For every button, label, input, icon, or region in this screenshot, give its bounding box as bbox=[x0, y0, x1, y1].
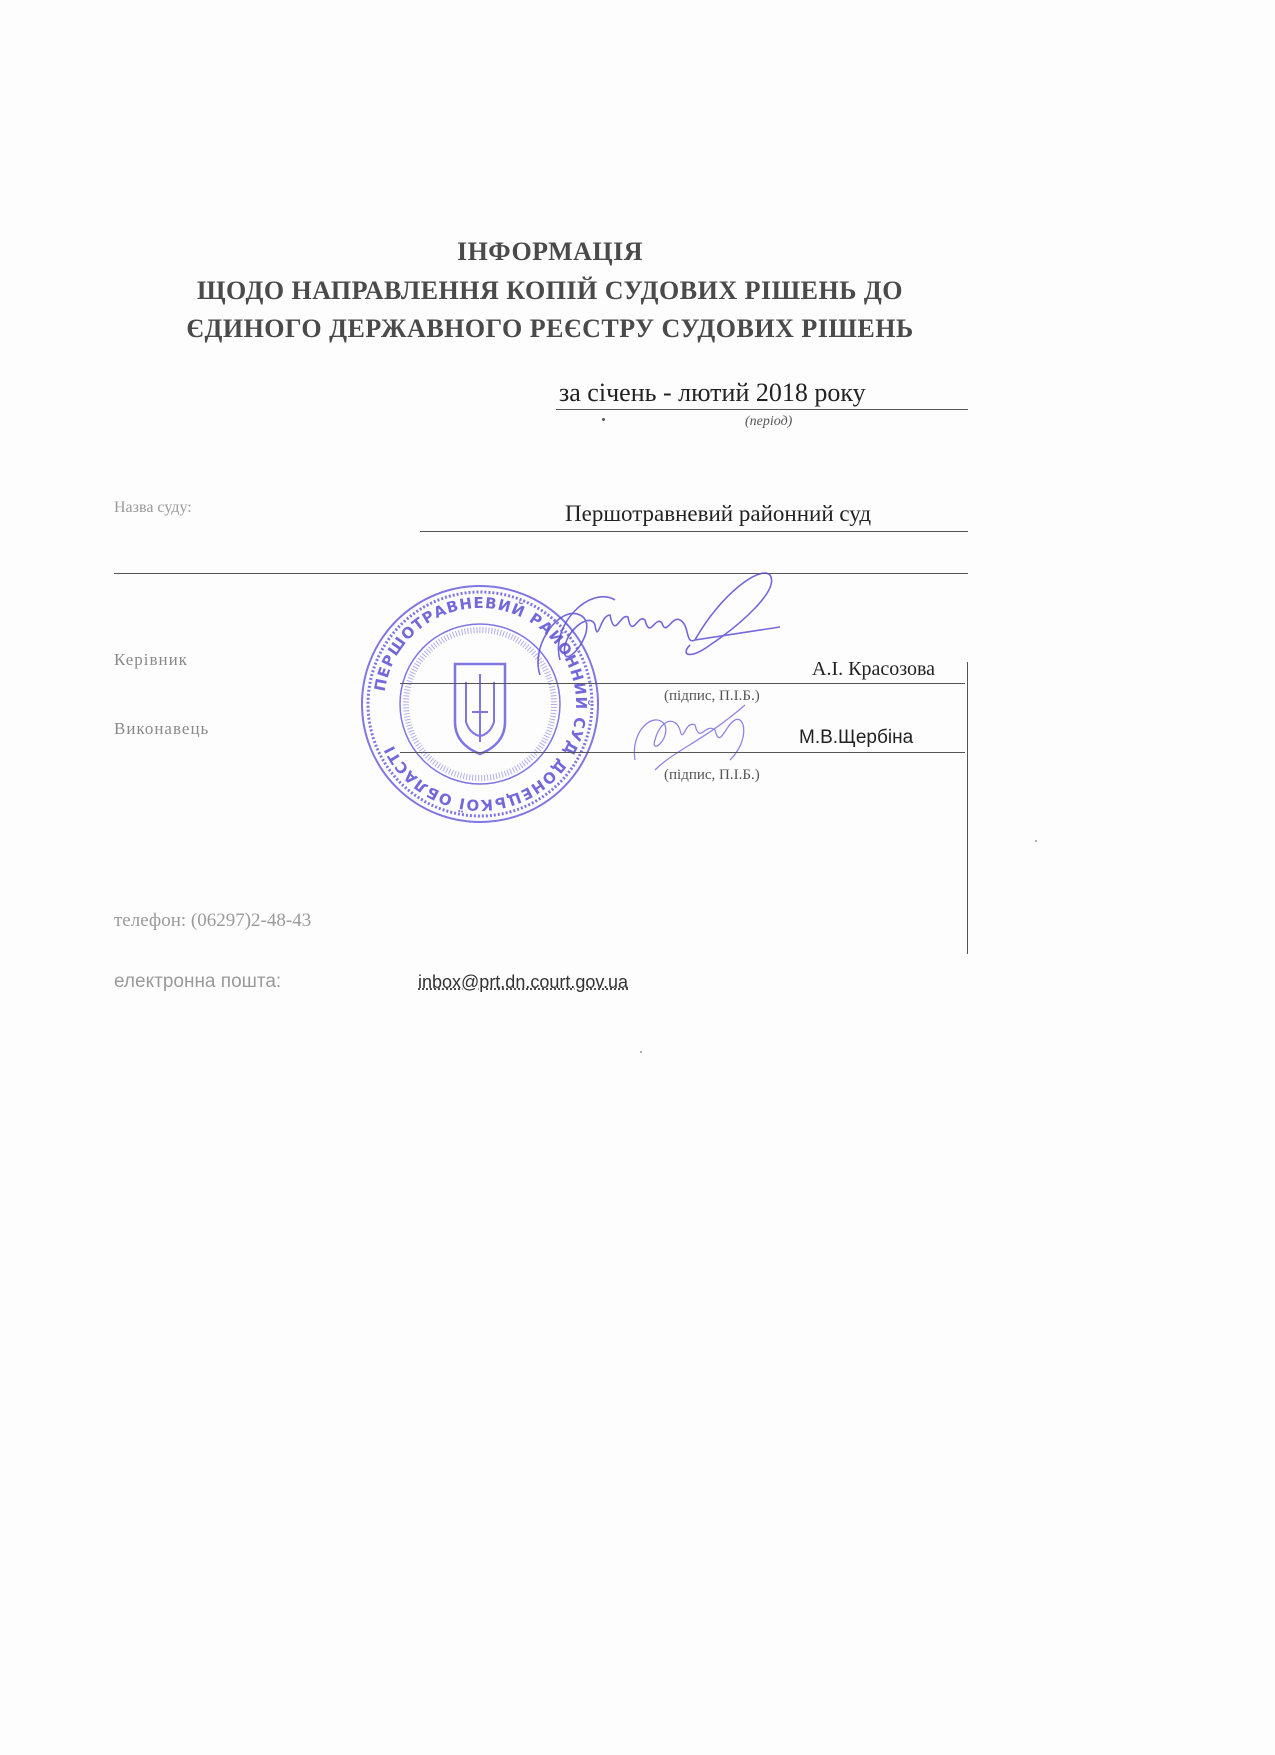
head-label: Керівник bbox=[114, 650, 188, 670]
head-signature-icon bbox=[520, 565, 810, 695]
phone-number: телефон: (06297)2-48-43 bbox=[114, 910, 311, 932]
period-underline bbox=[556, 409, 968, 410]
head-name: А.І. Красозова bbox=[812, 658, 935, 681]
speck bbox=[1035, 840, 1037, 842]
document-subtitle-line-1: ЩОДО НАПРАВЛЕННЯ КОПІЙ СУДОВИХ РІШЕНЬ ДО bbox=[140, 276, 960, 306]
executor-label: Виконавець bbox=[114, 719, 209, 739]
court-name-underline bbox=[420, 531, 968, 532]
court-name: Першотравневий районний суд bbox=[565, 501, 871, 527]
executor-signature-caption: (підпис, П.І.Б.) bbox=[664, 767, 760, 784]
period-caption: (період) bbox=[745, 414, 792, 430]
email-label: електронна пошта: bbox=[114, 971, 281, 993]
head-signature-caption: (підпис, П.І.Б.) bbox=[664, 688, 760, 705]
executor-signature-line bbox=[400, 752, 965, 753]
email-link[interactable]: inbox@prt.dn.court.gov.ua bbox=[418, 972, 628, 993]
speck bbox=[602, 418, 605, 421]
document-subtitle-line-2: ЄДИНОГО ДЕРЖАВНОГО РЕЄСТРУ СУДОВИХ РІШЕН… bbox=[140, 314, 960, 344]
document-title: ІНФОРМАЦІЯ bbox=[140, 237, 960, 267]
right-border-line bbox=[967, 662, 968, 954]
report-period: за січень - лютий 2018 року bbox=[559, 378, 866, 408]
executor-name: М.В.Щербіна bbox=[799, 727, 913, 749]
speck bbox=[640, 1051, 642, 1053]
head-signature-line bbox=[400, 683, 965, 684]
court-name-label: Назва суду: bbox=[114, 499, 192, 517]
